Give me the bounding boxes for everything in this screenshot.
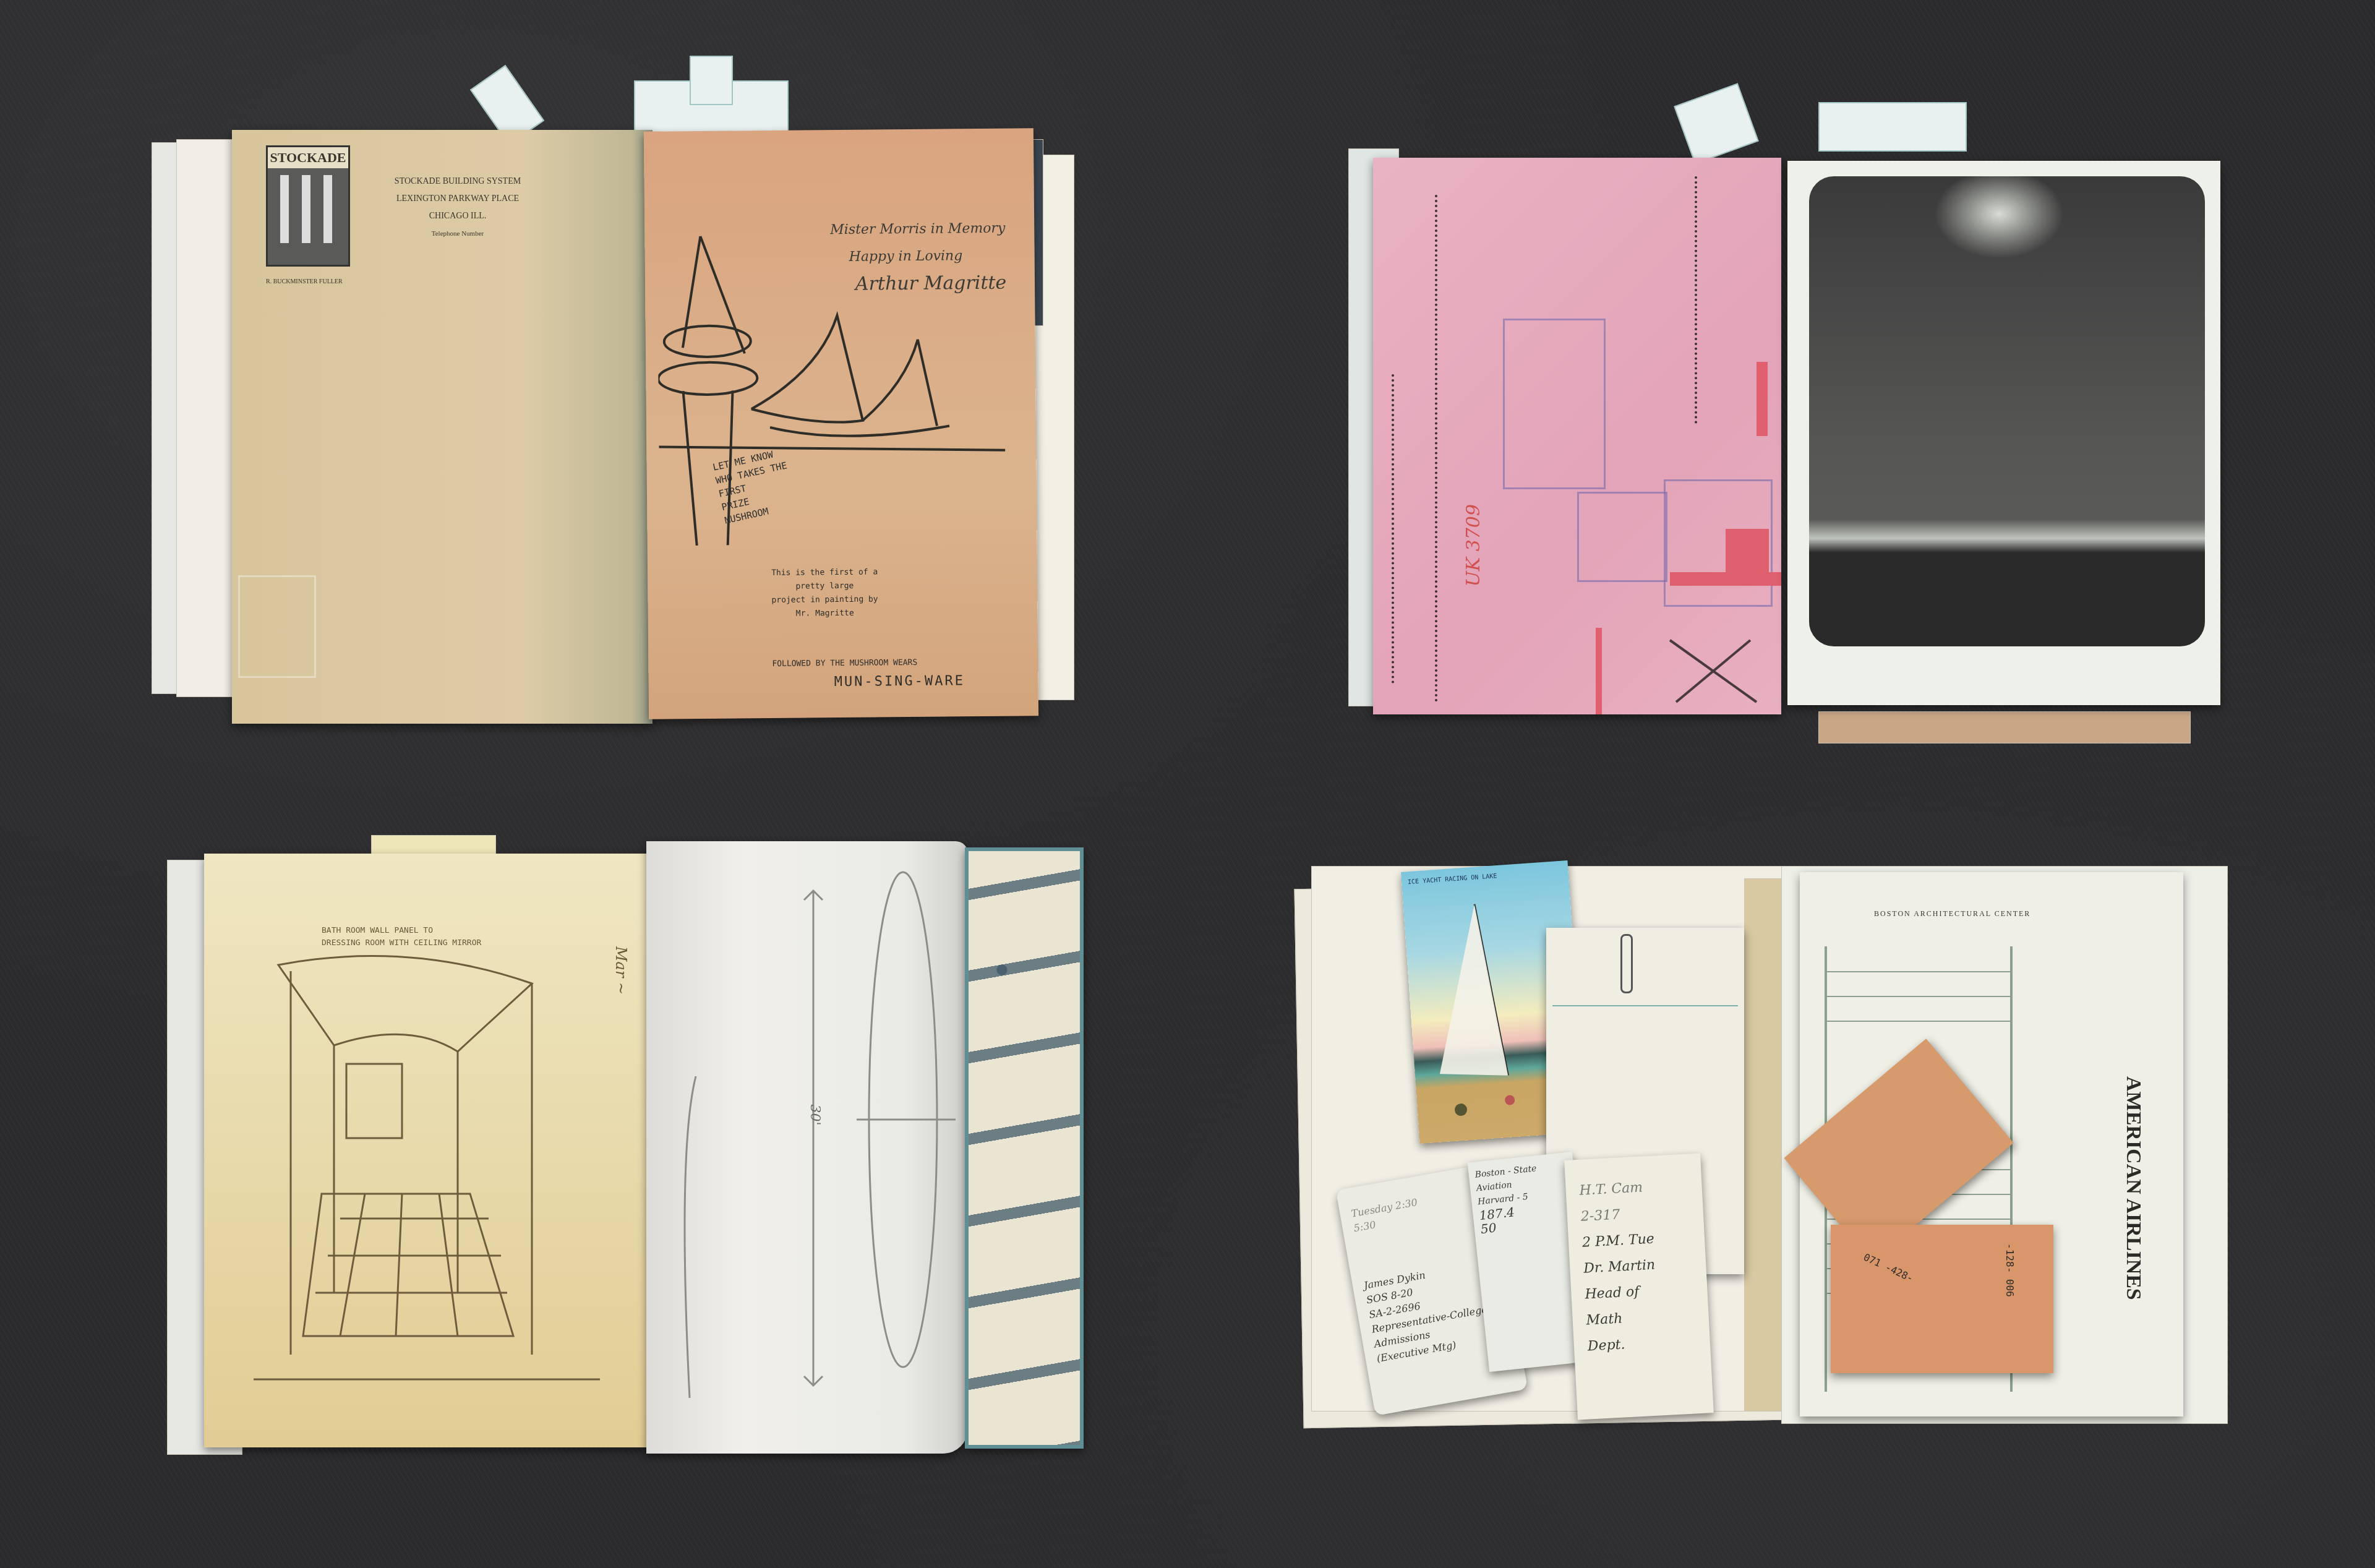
caption: This is the first of a pretty large proj… [771,565,878,620]
dimension-label: 30' [807,1104,823,1125]
notebook-top-right: UK 3709 [1348,87,2251,755]
card-2-text: Boston - State Aviation Harvard - 5 187.… [1474,1158,1580,1236]
notebook-bottom-right: ICE YACHT RACING ON LAKE Tuesday 2:30 5:… [1299,854,2239,1447]
lens-ellipse-drawing [646,841,968,1454]
night-photograph [1809,176,2205,646]
logo-word: STOCKADE [268,147,348,168]
page-stack [1818,711,2191,743]
lens-drawing-page: 30' [646,841,968,1454]
notebook-top-left: STOCKADE STOCKADE BUILDING SYSTEM LEXING… [152,62,1092,730]
card-1-text: Tuesday 2:30 5:30 James Dykin SOS 8-20 S… [1350,1186,1494,1366]
ribbon-tab [690,56,733,105]
stub-number: -128- 006 [2004,1243,2016,1297]
letterhead-text: STOCKADE BUILDING SYSTEM LEXINGTON PARKW… [377,173,538,242]
stub-number: 071 -428- [1862,1251,1915,1285]
interior-sketch-page: BATH ROOM WALL PANEL TO DRESSING ROOM WI… [204,854,649,1447]
ticket-brand: AMERICAN AIRLINES [2121,1076,2145,1300]
margin-signature: Mar ~ [612,946,630,995]
footer-text: R. BUCKMINSTER FULLER [266,278,343,285]
ticket-stub-2: 071 -428- -128- 006 [1831,1225,2053,1373]
floor-plan-page: UK 3709 [1373,158,1781,714]
room-perspective-sketch [254,946,600,1392]
right-page-sketch: Mister Morris in Memory Happy in Loving … [644,128,1038,719]
card-3-text: H.T. Cam 2-317 2 P.M. Tue Dr. Martin Hea… [1579,1175,1661,1360]
x-mark [1664,634,1763,708]
sketch-caption: BATH ROOM WALL PANEL TO DRESSING ROOM WI… [322,925,481,949]
notebook-bottom-left: BATH ROOM WALL PANEL TO DRESSING ROOM WI… [167,841,1082,1472]
marbled-endpaper [965,847,1084,1449]
letterhead: BOSTON ARCHITECTURAL CENTER [1874,909,2031,919]
red-annotation: UK 3709 [1463,504,1484,587]
left-page-letterhead: STOCKADE STOCKADE BUILDING SYSTEM LEXING… [232,130,653,724]
paperclip-icon [1620,934,1633,993]
ribbon-tab [1818,102,1967,152]
faint-grid-mark [238,575,316,678]
photo-page [1787,161,2220,705]
note-card-3: H.T. Cam 2-317 2 P.M. Tue Dr. Martin Hea… [1564,1154,1714,1420]
footer-brand: MUN-SING-WARE [834,673,965,690]
footer-line: FOLLOWED BY THE MUSHROOM WEARS [772,658,917,669]
ribbon-tab [1674,83,1759,165]
mushroom-tower-sketch [657,221,1006,546]
stockade-logo: STOCKADE [266,145,350,267]
